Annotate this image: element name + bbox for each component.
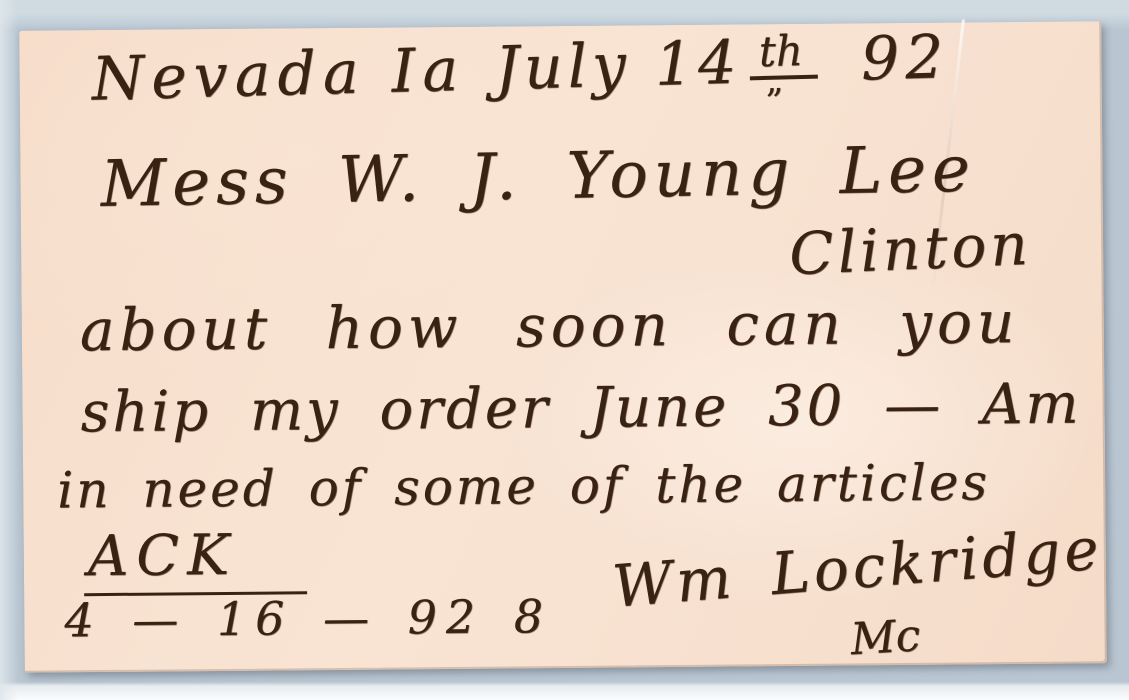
dateline-place: Nevada Ia: [91, 39, 466, 112]
signature-suffix: Mc: [849, 613, 921, 663]
body-line-2: ship my order June 30 — Am: [80, 375, 1081, 443]
ack-note: ACK: [84, 526, 308, 596]
postcard: Nevada Ia July 14 th „ 92 Mess W. J. You…: [19, 21, 1107, 672]
signature: Wm Lockridge: [610, 518, 1104, 617]
dateline: Nevada Ia July 14 th „ 92: [91, 25, 950, 111]
dateline-ordinal-group: th „: [748, 29, 818, 95]
ack-word: ACK: [84, 526, 308, 596]
dateline-year: 92: [860, 26, 950, 91]
photo-background: Nevada Ia July 14 th „ 92 Mess W. J. You…: [0, 0, 1129, 700]
address-line: Clinton: [788, 214, 1033, 285]
dateline-ditto-mark: „: [765, 63, 784, 99]
salutation-line: Mess W. J. Young Lee: [100, 137, 976, 219]
dateline-date: July 14: [494, 32, 742, 101]
body-line-1: about how soon can you: [80, 292, 1020, 361]
body-line-3: in need of some of the articles: [57, 456, 990, 517]
ack-date: 4 — 16 — 92 8: [64, 592, 552, 645]
